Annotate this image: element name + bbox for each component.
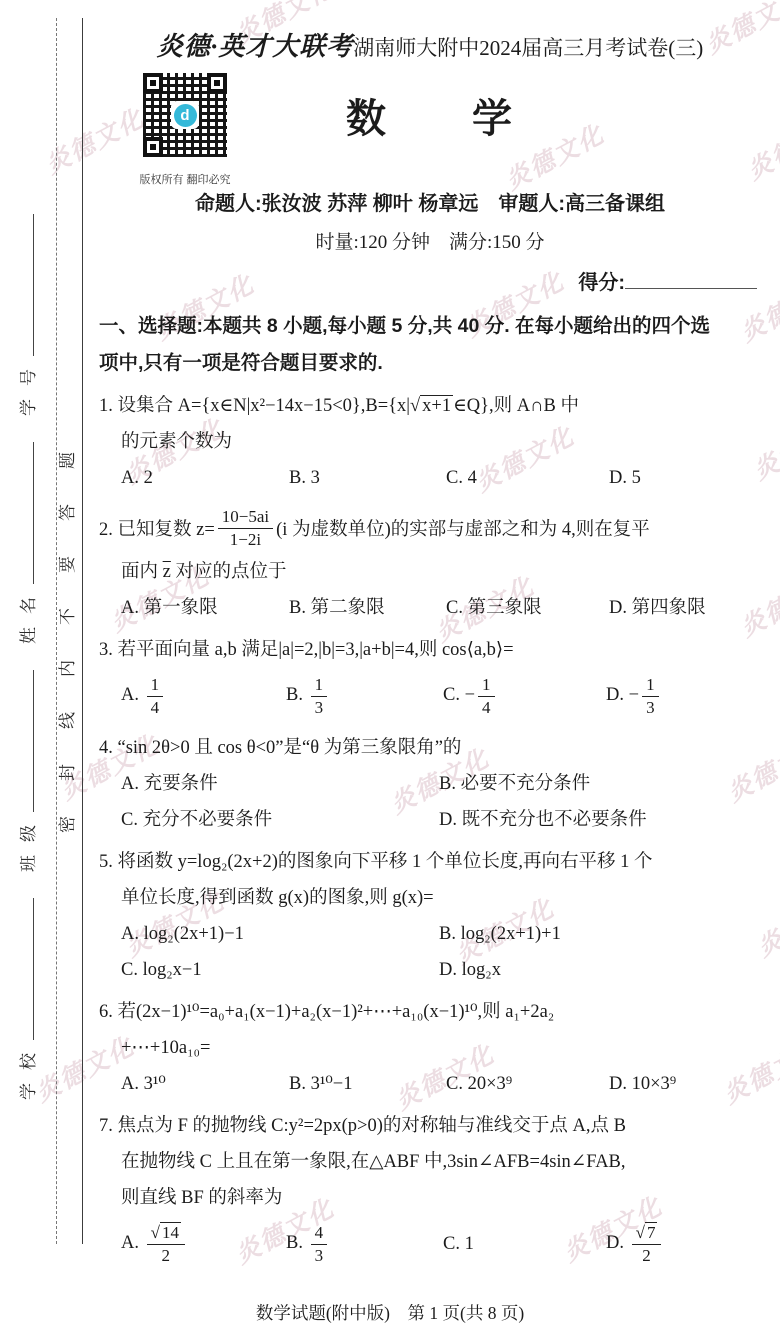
q5-option-b: B. log₂(2x+1)+1	[439, 916, 761, 952]
fraction: 13	[311, 674, 328, 718]
q2-option-d: D. 第四象限	[609, 590, 761, 626]
option-label: C.	[443, 1234, 460, 1254]
option-value: 1	[465, 1234, 474, 1254]
q2-option-c: C. 第三象限	[446, 590, 609, 626]
q2-stem-line1: 2. 已知复数 z= 10−5ai1−2i (i 为虚数单位)的实部与虚部之和为…	[99, 502, 761, 554]
q6-option-b: B. 3¹⁰−1	[289, 1066, 446, 1102]
qr-logo-frame: d	[171, 101, 199, 129]
q5-option-c: C. log₂x−1	[121, 952, 439, 988]
sign: −	[465, 685, 475, 705]
option-label: A.	[121, 1233, 139, 1253]
fraction: 14	[478, 674, 495, 718]
qr-caption: 版权所有 翻印必究	[120, 171, 250, 187]
fraction-numerator: √14	[147, 1222, 185, 1244]
fraction: 13	[642, 674, 659, 718]
question-2: 2. 已知复数 z= 10−5ai1−2i (i 为虚数单位)的实部与虚部之和为…	[99, 502, 761, 626]
fraction: 10−5ai1−2i	[218, 506, 273, 550]
radicand: x+1	[420, 395, 453, 416]
q1-options: A. 2 B. 3 C. 4 D. 5	[99, 460, 761, 496]
q6-stem-line2: +⋯+10a₁₀=	[99, 1030, 761, 1066]
option-label: C.	[443, 685, 460, 705]
score-label: 得分:	[578, 272, 625, 294]
option-label: D.	[606, 1233, 624, 1253]
student-info-strip: 学校班级姓名学号	[17, 180, 41, 1100]
option-label: A.	[121, 685, 139, 705]
q3-options: A. 14 B. 13 C. −14 D. −13	[99, 668, 761, 724]
q3-option-d: D. −13	[606, 674, 761, 718]
fraction-numerator: 1	[478, 674, 495, 696]
class-label: 班级	[19, 812, 38, 872]
fraction: 14	[147, 674, 164, 718]
fraction-numerator: √7	[632, 1222, 662, 1244]
fraction-numerator: 1	[642, 674, 659, 696]
q3-option-c: C. −14	[443, 674, 606, 718]
fraction-numerator: 4	[311, 1222, 328, 1244]
school-label: 学校	[19, 1040, 38, 1100]
blank-student-id[interactable]	[28, 214, 34, 356]
q6-option-a: A. 3¹⁰	[121, 1066, 289, 1102]
section-header-line2: 项中,只有一项是符合题目要求的.	[99, 345, 761, 382]
sign: −	[629, 685, 639, 705]
section-one-header: 一、选择题:本题共 8 小题,每小题 5 分,共 40 分. 在每小题给出的四个…	[99, 308, 761, 382]
exam-title-text: 湖南师大附中2024届高三月考试卷(三)	[353, 36, 703, 60]
question-4: 4. “sin 2θ>0 且 cos θ<0”是“θ 为第三象限角”的 A. 充…	[99, 730, 761, 838]
q5-option-a: A. log₂(2x+1)−1	[121, 916, 439, 952]
q2-option-b: B. 第二象限	[289, 590, 446, 626]
exam-header: 炎德·英才大联考湖南师大附中2024届高三月考试卷(三)	[99, 26, 761, 63]
q2-line2-pre: 面内	[121, 562, 163, 582]
section-header-line1: 一、选择题:本题共 8 小题,每小题 5 分,共 40 分. 在每小题给出的四个…	[99, 308, 761, 345]
option-label: D.	[606, 685, 624, 705]
q6-options: A. 3¹⁰ B. 3¹⁰−1 C. 20×3⁹ D. 10×3⁹	[99, 1066, 761, 1102]
q4-option-c: C. 充分不必要条件	[121, 802, 439, 838]
q1-stem-line1: 1. 设集合 A={x∈N|x²−14x−15<0},B={x|√x+1∈Q},…	[99, 388, 761, 424]
q7-options: A. √142 B. 43 C. 1 D. √72	[99, 1216, 761, 1272]
seal-line-text: 密封线内不要答题	[57, 433, 79, 833]
q7-option-a: A. √142	[121, 1222, 286, 1266]
q6-option-c: C. 20×3⁹	[446, 1066, 609, 1102]
q2-stem-post: (i 为虚数单位)的实部与虚部之和为 4,则在复平	[276, 515, 650, 541]
q1-stem-pre: 1. 设集合 A={x∈N|x²−14x−15<0},B={x|	[99, 396, 410, 416]
q2-stem-line2: 面内 z 对应的点位于	[99, 554, 761, 590]
paper-content: 炎德·英才大联考湖南师大附中2024届高三月考试卷(三) d 版权所有 翻印必究…	[99, 20, 761, 1272]
fraction-numerator: 1	[311, 674, 328, 696]
q1-stem-line2: 的元素个数为	[99, 424, 761, 460]
q4-option-d: D. 既不充分也不必要条件	[439, 802, 761, 838]
q2-options: A. 第一象限 B. 第二象限 C. 第三象限 D. 第四象限	[99, 590, 761, 626]
q7-stem-line3: 则直线 BF 的斜率为	[99, 1180, 761, 1216]
radical-sign: √	[636, 1223, 645, 1242]
qr-finder-icon	[143, 137, 163, 157]
question-6: 6. 若(2x−1)¹⁰=a₀+a₁(x−1)+a₂(x−1)²+⋯+a₁₀(x…	[99, 994, 761, 1102]
question-7: 7. 焦点为 F 的抛物线 C:y²=2px(p>0)的对称轴与准线交于点 A,…	[99, 1108, 761, 1272]
q2-stem-pre: 2. 已知复数 z=	[99, 515, 215, 541]
fraction-denominator: 3	[311, 1245, 328, 1266]
q5-option-d: D. log₂x	[439, 952, 761, 988]
q7-option-c: C. 1	[443, 1234, 606, 1255]
blank-school[interactable]	[28, 898, 34, 1040]
q1-stem-post: ∈Q},则 A∩B 中	[453, 396, 579, 416]
q4-option-b: B. 必要不充分条件	[439, 766, 761, 802]
q4-stem: 4. “sin 2θ>0 且 cos θ<0”是“θ 为第三象限角”的	[99, 730, 761, 766]
q5-stem-line1: 5. 将函数 y=log₂(2x+2)的图象向下平移 1 个单位长度,再向右平移…	[99, 844, 761, 880]
radicand: 7	[645, 1222, 658, 1242]
blank-name[interactable]	[28, 442, 34, 584]
q4-option-a: A. 充要条件	[121, 766, 439, 802]
q7-option-d: D. √72	[606, 1222, 761, 1266]
q5-options-row1: A. log₂(2x+1)−1 B. log₂(2x+1)+1	[99, 916, 761, 952]
q6-option-d: D. 10×3⁹	[609, 1066, 761, 1102]
radicand: 14	[160, 1222, 181, 1242]
q2-option-a: A. 第一象限	[121, 590, 289, 626]
q4-options-row2: C. 充分不必要条件 D. 既不充分也不必要条件	[99, 802, 761, 838]
q7-option-b: B. 43	[286, 1222, 443, 1266]
fraction-denominator: 4	[478, 697, 495, 718]
q6-stem-line1: 6. 若(2x−1)¹⁰=a₀+a₁(x−1)+a₂(x−1)²+⋯+a₁₀(x…	[99, 994, 761, 1030]
fraction-denominator: 2	[147, 1245, 185, 1266]
conjugate-z: z	[163, 562, 171, 582]
qr-logo-icon: d	[174, 104, 197, 127]
duration-line: 时量:120 分钟 满分:150 分	[99, 227, 761, 254]
score-blank[interactable]	[625, 267, 757, 289]
qr-code: d	[143, 73, 227, 157]
fraction-denominator: 3	[642, 697, 659, 718]
q1-option-d: D. 5	[609, 460, 761, 496]
q3-option-b: B. 13	[286, 674, 443, 718]
fraction: √72	[632, 1222, 662, 1266]
q7-stem-line2: 在抛物线 C 上且在第一象限,在△ABF 中,3sin∠AFB=4sin∠FAB…	[99, 1144, 761, 1180]
q4-options-row1: A. 充要条件 B. 必要不充分条件	[99, 766, 761, 802]
fraction-denominator: 3	[311, 697, 328, 718]
qr-finder-icon	[143, 73, 163, 93]
name-label: 姓名	[19, 584, 38, 644]
q2-line2-post: 对应的点位于	[171, 562, 287, 582]
q1-option-c: C. 4	[446, 460, 609, 496]
fraction-denominator: 2	[632, 1245, 662, 1266]
q3-option-a: A. 14	[121, 674, 286, 718]
setters-line: 命题人:张汝波 苏萍 柳叶 杨章远 审题人:高三备课组	[99, 191, 761, 217]
option-label: B.	[286, 685, 303, 705]
question-3: 3. 若平面向量 a,b 满足|a|=2,|b|=3,|a+b|=4,则 cos…	[99, 632, 761, 724]
blank-class[interactable]	[28, 670, 34, 812]
fraction: 43	[311, 1222, 328, 1266]
radical-sign: √	[151, 1223, 160, 1242]
fraction: √142	[147, 1222, 185, 1266]
title-zone: d 版权所有 翻印必究 数 学	[99, 63, 761, 191]
question-5: 5. 将函数 y=log₂(2x+2)的图象向下平移 1 个单位长度,再向右平移…	[99, 844, 761, 988]
option-label: B.	[286, 1233, 303, 1253]
question-1: 1. 设集合 A={x∈N|x²−14x−15<0},B={x|√x+1∈Q},…	[99, 388, 761, 496]
q1-option-b: B. 3	[289, 460, 446, 496]
exam-page: { "page": { "header_brush": "炎德·英才大联考", …	[0, 0, 780, 1344]
q5-options-row2: C. log₂x−1 D. log₂x	[99, 952, 761, 988]
qr-finder-icon	[207, 73, 227, 93]
margin-solid-line	[82, 18, 83, 1244]
page-footer: 数学试题(附中版) 第 1 页(共 8 页)	[0, 1300, 780, 1325]
student-id-label: 学号	[19, 356, 38, 416]
sqrt-expression: √x+1	[410, 395, 453, 416]
radical-sign: √	[410, 396, 420, 416]
brand-brush-text: 炎德·英才大联考	[157, 32, 354, 61]
fraction-numerator: 10−5ai	[218, 506, 273, 528]
fraction-denominator: 1−2i	[218, 529, 273, 550]
q7-stem-line1: 7. 焦点为 F 的抛物线 C:y²=2px(p>0)的对称轴与准线交于点 A,…	[99, 1108, 761, 1144]
q3-stem: 3. 若平面向量 a,b 满足|a|=2,|b|=3,|a+b|=4,则 cos…	[99, 632, 761, 668]
q5-stem-line2: 单位长度,得到函数 g(x)的图象,则 g(x)=	[99, 880, 761, 916]
fraction-numerator: 1	[147, 674, 164, 696]
score-row: 得分:	[99, 266, 761, 292]
fraction-denominator: 4	[147, 697, 164, 718]
q1-option-a: A. 2	[121, 460, 289, 496]
